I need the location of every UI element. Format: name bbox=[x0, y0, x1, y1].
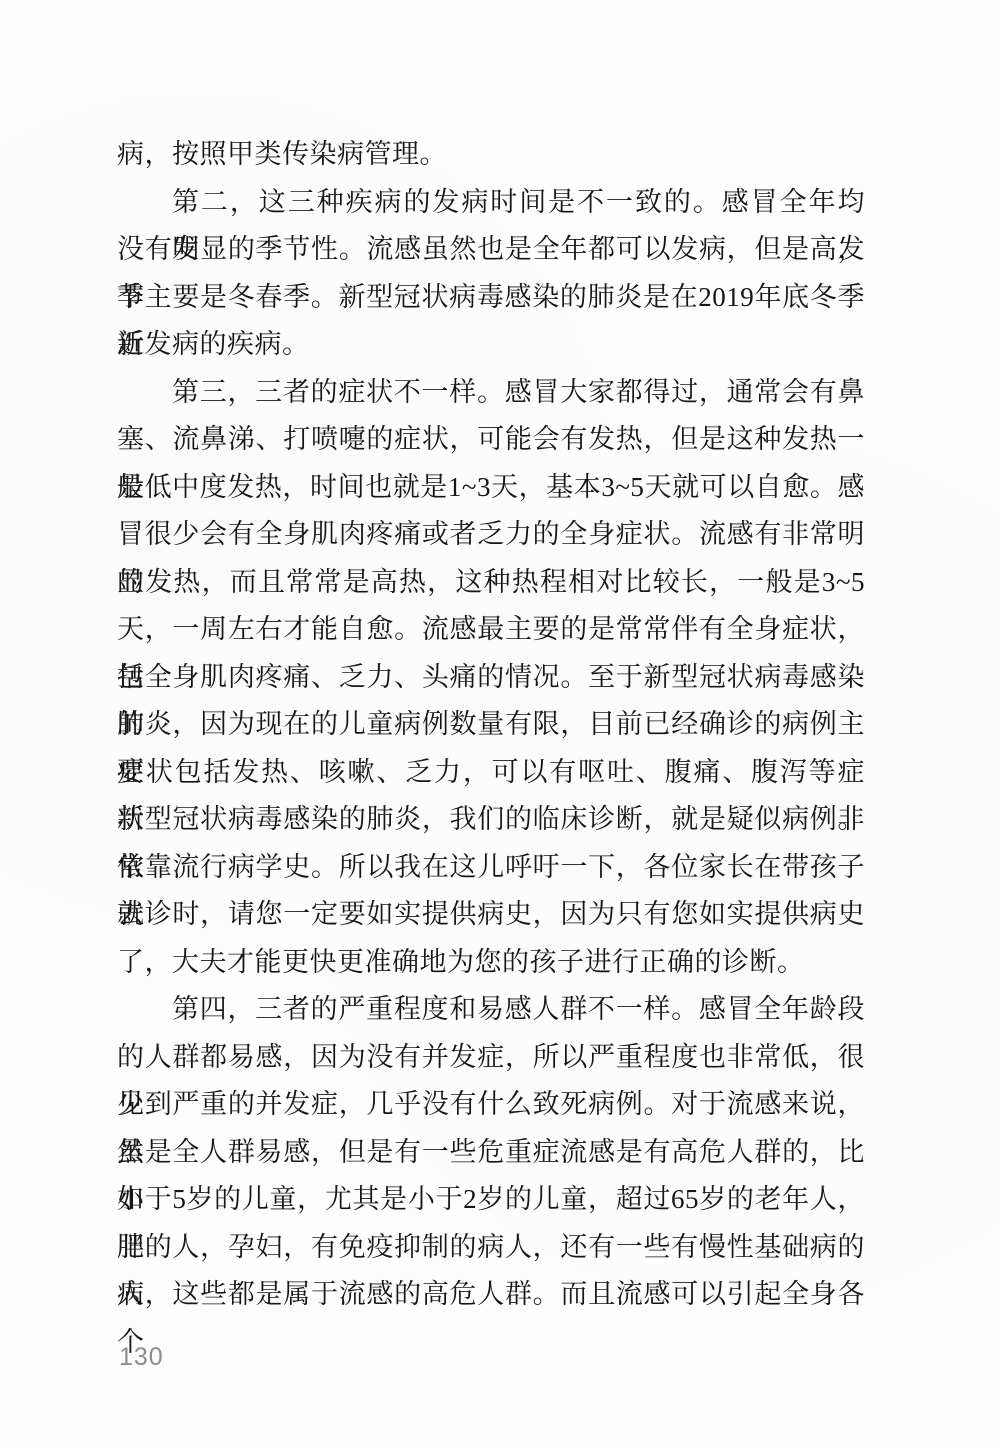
text-line: 第二，这三种疾病的发病时间是不一致的。感冒全年均发， bbox=[117, 179, 865, 227]
text-line: 病，按照甲类传染病管理。 bbox=[117, 131, 865, 179]
text-line: 肺炎，因为现在的儿童病例数量有限，目前已经确诊的病例主要 bbox=[117, 701, 865, 749]
text-line: 新型冠状病毒感染的肺炎，我们的临床诊断，就是疑似病例非常 bbox=[117, 796, 865, 844]
text-line: 的发热，而且常常是高热，这种热程相对比较长，一般是3~5 bbox=[117, 559, 865, 607]
text-line: 近发病的疾病。 bbox=[117, 321, 865, 369]
text-line: 小于5岁的儿童，尤其是小于2岁的儿童，超过65岁的老年人，肥 bbox=[117, 1176, 865, 1224]
text-line: 是低中度发热，时间也就是1~3天，基本3~5天就可以自愈。感 bbox=[117, 464, 865, 512]
page-body: 病，按照甲类传染病管理。第二，这三种疾病的发病时间是不一致的。感冒全年均发，没有… bbox=[117, 131, 865, 1319]
text-line: 节主要是冬春季。新型冠状病毒感染的肺炎是在2019年底冬季新 bbox=[117, 274, 865, 322]
text-line: 没有明显的季节性。流感虽然也是全年都可以发病，但是高发季 bbox=[117, 226, 865, 274]
text-line: 然是全人群易感，但是有一些危重症流感是有高危人群的，比如 bbox=[117, 1129, 865, 1177]
document-page: 病，按照甲类传染病管理。第二，这三种疾病的发病时间是不一致的。感冒全年均发，没有… bbox=[0, 0, 1000, 1450]
text-line: 天，一周左右才能自愈。流感最主要的是常常伴有全身症状，包 bbox=[117, 606, 865, 654]
text-line: 了，大夫才能更快更准确地为您的孩子进行正确的诊断。 bbox=[117, 939, 865, 987]
text-line: 依靠流行病学史。所以我在这儿呼吁一下，各位家长在带孩子去 bbox=[117, 844, 865, 892]
text-line: 第三，三者的症状不一样。感冒大家都得过，通常会有鼻 bbox=[117, 369, 865, 417]
text-line: 症状包括发热、咳嗽、乏力，可以有呕吐、腹痛、腹泻等症状。 bbox=[117, 749, 865, 797]
text-line: 人，这些都是属于流感的高危人群。而且流感可以引起全身各个 bbox=[117, 1271, 865, 1319]
text-line: 就诊时，请您一定要如实提供病史，因为只有您如实提供病史 bbox=[117, 891, 865, 939]
text-line: 的人群都易感，因为没有并发症，所以严重程度也非常低，很少 bbox=[117, 1034, 865, 1082]
page-number: 130 bbox=[119, 1342, 164, 1372]
text-line: 冒很少会有全身肌肉疼痛或者乏力的全身症状。流感有非常明显 bbox=[117, 511, 865, 559]
text-line: 见到严重的并发症，几乎没有什么致死病例。对于流感来说，虽 bbox=[117, 1081, 865, 1129]
text-line: 胖的人，孕妇，有免疫抑制的病人，还有一些有慢性基础病的病 bbox=[117, 1224, 865, 1272]
text-line: 第四，三者的严重程度和易感人群不一样。感冒全年龄段 bbox=[117, 986, 865, 1034]
text-line: 塞、流鼻涕、打喷嚏的症状，可能会有发热，但是这种发热一般 bbox=[117, 416, 865, 464]
text-line: 括全身肌肉疼痛、乏力、头痛的情况。至于新型冠状病毒感染的 bbox=[117, 654, 865, 702]
